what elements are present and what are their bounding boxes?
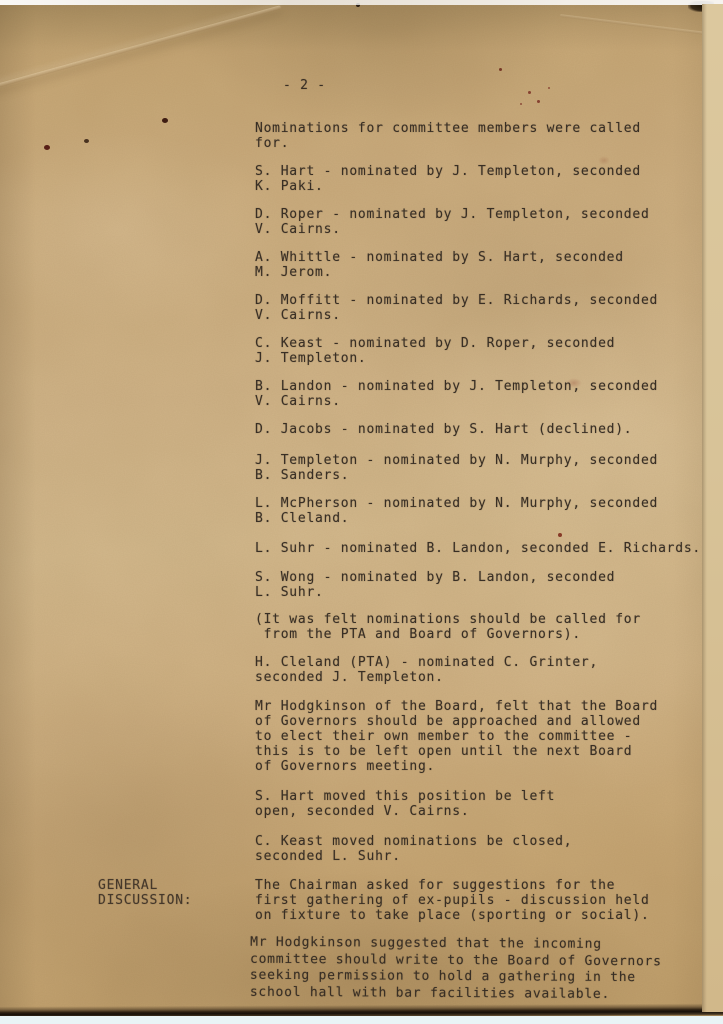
paragraph: C. Keast - nominated by D. Roper, second… [255,336,615,366]
stain-speck [162,118,168,123]
scanned-document: - 2 - Nominations for committee members … [0,0,723,1024]
stain-speck [84,139,89,143]
stain-speck [528,91,531,94]
scanner-background [0,1016,723,1024]
page-number: - 2 - [283,78,326,93]
scan-edge-top [0,0,723,5]
paragraph: J. Templeton - nominated by N. Murphy, s… [255,453,658,483]
paragraph: A. Whittle - nominated by S. Hart, secon… [255,250,624,280]
paragraph: L. Suhr - nominated B. Landon, seconded … [255,541,701,556]
stain-speck [520,103,522,105]
paragraph: Nominations for committee members were c… [255,121,641,151]
paragraph: Mr Hodgkinson of the Board, felt that th… [255,699,658,774]
stain-speck [558,533,562,537]
paragraph: The Chairman asked for suggestions for t… [255,878,650,923]
paragraph: C. Keast moved nominations be closed, se… [255,834,572,864]
paragraph: B. Landon - nominated by J. Templeton, s… [255,379,658,409]
section-label: GENERAL DISCUSSION: [98,878,192,908]
paragraph: L. McPherson - nominated by N. Murphy, s… [255,496,658,526]
stain-speck [548,87,550,89]
paragraph: S. Wong - nominated by B. Landon, second… [255,570,615,600]
page-right-edge [702,4,723,1012]
stain-speck [499,68,502,71]
paragraph: S. Hart moved this position be left open… [255,789,555,819]
paragraph: D. Jacobs - nominated by S. Hart (declin… [255,422,632,437]
stain-speck [537,100,540,103]
paragraph: D. Moffitt - nominated by E. Richards, s… [255,293,658,323]
paragraph: D. Roper - nominated by J. Templeton, se… [255,207,650,237]
stain-speck [44,145,50,150]
paragraph: H. Cleland (PTA) - nominated C. Grinter,… [255,655,598,685]
paragraph: S. Hart - nominated by J. Templeton, sec… [255,164,641,194]
paragraph: (It was felt nominations should be calle… [255,612,641,642]
paragraph: Mr Hodgkinson suggested that the incomin… [250,935,662,1004]
